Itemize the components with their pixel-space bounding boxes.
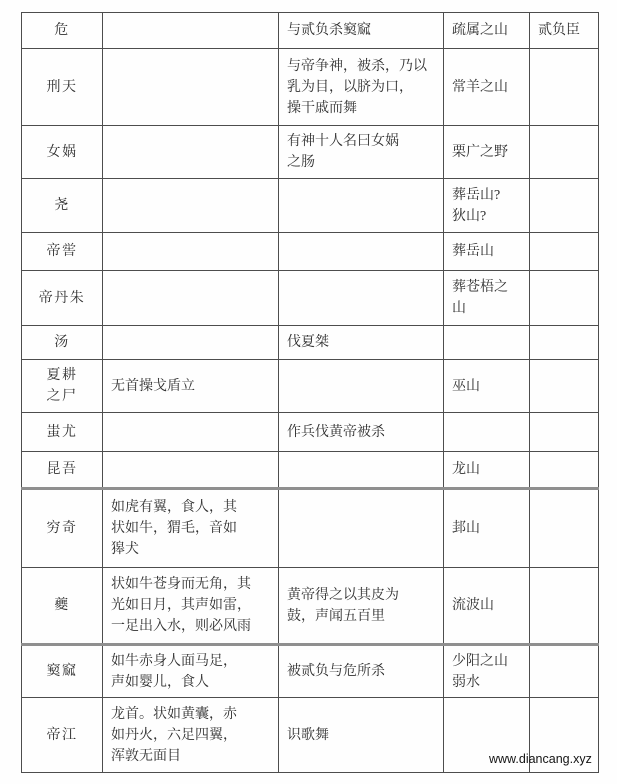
table-row: 刑天与帝争神，被杀，乃以 乳为目，以脐为口， 操干戚而舞常羊之山 [22, 49, 599, 126]
cell-name: 危 [22, 13, 103, 49]
cell-appearance [103, 179, 279, 233]
cell-name: 穷奇 [22, 489, 103, 568]
cell-deeds: 被贰负与危所杀 [279, 645, 444, 698]
cell-location: 疏属之山 [444, 13, 530, 49]
cell-name: 窫窳 [22, 645, 103, 698]
cell-appearance: 无首操戈盾立 [103, 360, 279, 413]
cell-appearance: 状如牛苍身而无角，其 光如日月，其声如雷， 一足出入水，则必风雨 [103, 568, 279, 645]
cell-name: 蚩尤 [22, 413, 103, 452]
cell-appearance [103, 452, 279, 489]
cell-name: 尧 [22, 179, 103, 233]
cell-name: 夏耕 之尸 [22, 360, 103, 413]
table-body: 危与贰负杀窫窳疏属之山贰负臣刑天与帝争神，被杀，乃以 乳为目，以脐为口， 操干戚… [22, 13, 599, 773]
cell-other [530, 49, 599, 126]
cell-name: 帝喾 [22, 233, 103, 271]
cell-deeds [279, 452, 444, 489]
cell-other [530, 568, 599, 645]
cell-name: 刑天 [22, 49, 103, 126]
cell-location: 流波山 [444, 568, 530, 645]
cell-deeds [279, 179, 444, 233]
cell-name: 帝江 [22, 698, 103, 773]
table-row: 女娲有神十人名曰女娲 之肠栗广之野 [22, 126, 599, 179]
cell-location [444, 326, 530, 360]
scanned-document-page: 危与贰负杀窫窳疏属之山贰负臣刑天与帝争神，被杀，乃以 乳为目，以脐为口， 操干戚… [0, 0, 617, 784]
cell-location: 少阳之山 弱水 [444, 645, 530, 698]
cell-deeds [279, 233, 444, 271]
table-row: 窫窳如牛赤身人面马足， 声如婴儿，食人被贰负与危所杀少阳之山 弱水 [22, 645, 599, 698]
cell-other: 贰负臣 [530, 13, 599, 49]
cell-name: 女娲 [22, 126, 103, 179]
cell-other [530, 179, 599, 233]
watermark-url: www.diancang.xyz [489, 752, 592, 766]
cell-other [530, 489, 599, 568]
cell-other [530, 326, 599, 360]
cell-deeds: 识歌舞 [279, 698, 444, 773]
cell-location: 葬岳山? 狄山? [444, 179, 530, 233]
cell-name: 夔 [22, 568, 103, 645]
table-row: 尧葬岳山? 狄山? [22, 179, 599, 233]
cell-location: 常羊之山 [444, 49, 530, 126]
cell-deeds: 黄帝得之以其皮为 鼓，声闻五百里 [279, 568, 444, 645]
table-row: 夔状如牛苍身而无角，其 光如日月，其声如雷， 一足出入水，则必风雨黄帝得之以其皮… [22, 568, 599, 645]
cell-appearance [103, 326, 279, 360]
cell-other [530, 233, 599, 271]
table-row: 夏耕 之尸无首操戈盾立巫山 [22, 360, 599, 413]
cell-appearance [103, 271, 279, 326]
table-row: 帝喾葬岳山 [22, 233, 599, 271]
cell-deeds [279, 360, 444, 413]
cell-location: 巫山 [444, 360, 530, 413]
cell-appearance [103, 126, 279, 179]
cell-other [530, 360, 599, 413]
cell-appearance: 如牛赤身人面马足， 声如婴儿，食人 [103, 645, 279, 698]
cell-location: 栗广之野 [444, 126, 530, 179]
table-row: 昆吾龙山 [22, 452, 599, 489]
cell-appearance: 如虎有翼，食人，其 状如牛，猬毛，音如 獆犬 [103, 489, 279, 568]
cell-name: 汤 [22, 326, 103, 360]
cell-location: 葬苍梧之 山 [444, 271, 530, 326]
cell-other [530, 452, 599, 489]
cell-deeds [279, 489, 444, 568]
cell-appearance: 龙首。状如黄囊，赤 如丹火，六足四翼， 浑敦无面目 [103, 698, 279, 773]
cell-location [444, 413, 530, 452]
cell-location: 龙山 [444, 452, 530, 489]
cell-other [530, 271, 599, 326]
cell-location: 葬岳山 [444, 233, 530, 271]
table-row: 穷奇如虎有翼，食人，其 状如牛，猬毛，音如 獆犬邽山 [22, 489, 599, 568]
cell-appearance [103, 413, 279, 452]
cell-deeds: 有神十人名曰女娲 之肠 [279, 126, 444, 179]
cell-appearance [103, 13, 279, 49]
cell-deeds [279, 271, 444, 326]
table-row: 危与贰负杀窫窳疏属之山贰负臣 [22, 13, 599, 49]
cell-deeds: 作兵伐黄帝被杀 [279, 413, 444, 452]
cell-appearance [103, 233, 279, 271]
table-row: 蚩尤作兵伐黄帝被杀 [22, 413, 599, 452]
cell-appearance [103, 49, 279, 126]
cell-deeds: 伐夏桀 [279, 326, 444, 360]
cell-name: 帝丹朱 [22, 271, 103, 326]
cell-deeds: 与帝争神，被杀，乃以 乳为目，以脐为口， 操干戚而舞 [279, 49, 444, 126]
table-row: 汤伐夏桀 [22, 326, 599, 360]
cell-location: 邽山 [444, 489, 530, 568]
cell-other [530, 645, 599, 698]
cell-name: 昆吾 [22, 452, 103, 489]
mythology-table: 危与贰负杀窫窳疏属之山贰负臣刑天与帝争神，被杀，乃以 乳为目，以脐为口， 操干戚… [21, 12, 599, 773]
cell-other [530, 126, 599, 179]
cell-deeds: 与贰负杀窫窳 [279, 13, 444, 49]
table-row: 帝丹朱葬苍梧之 山 [22, 271, 599, 326]
cell-other [530, 413, 599, 452]
